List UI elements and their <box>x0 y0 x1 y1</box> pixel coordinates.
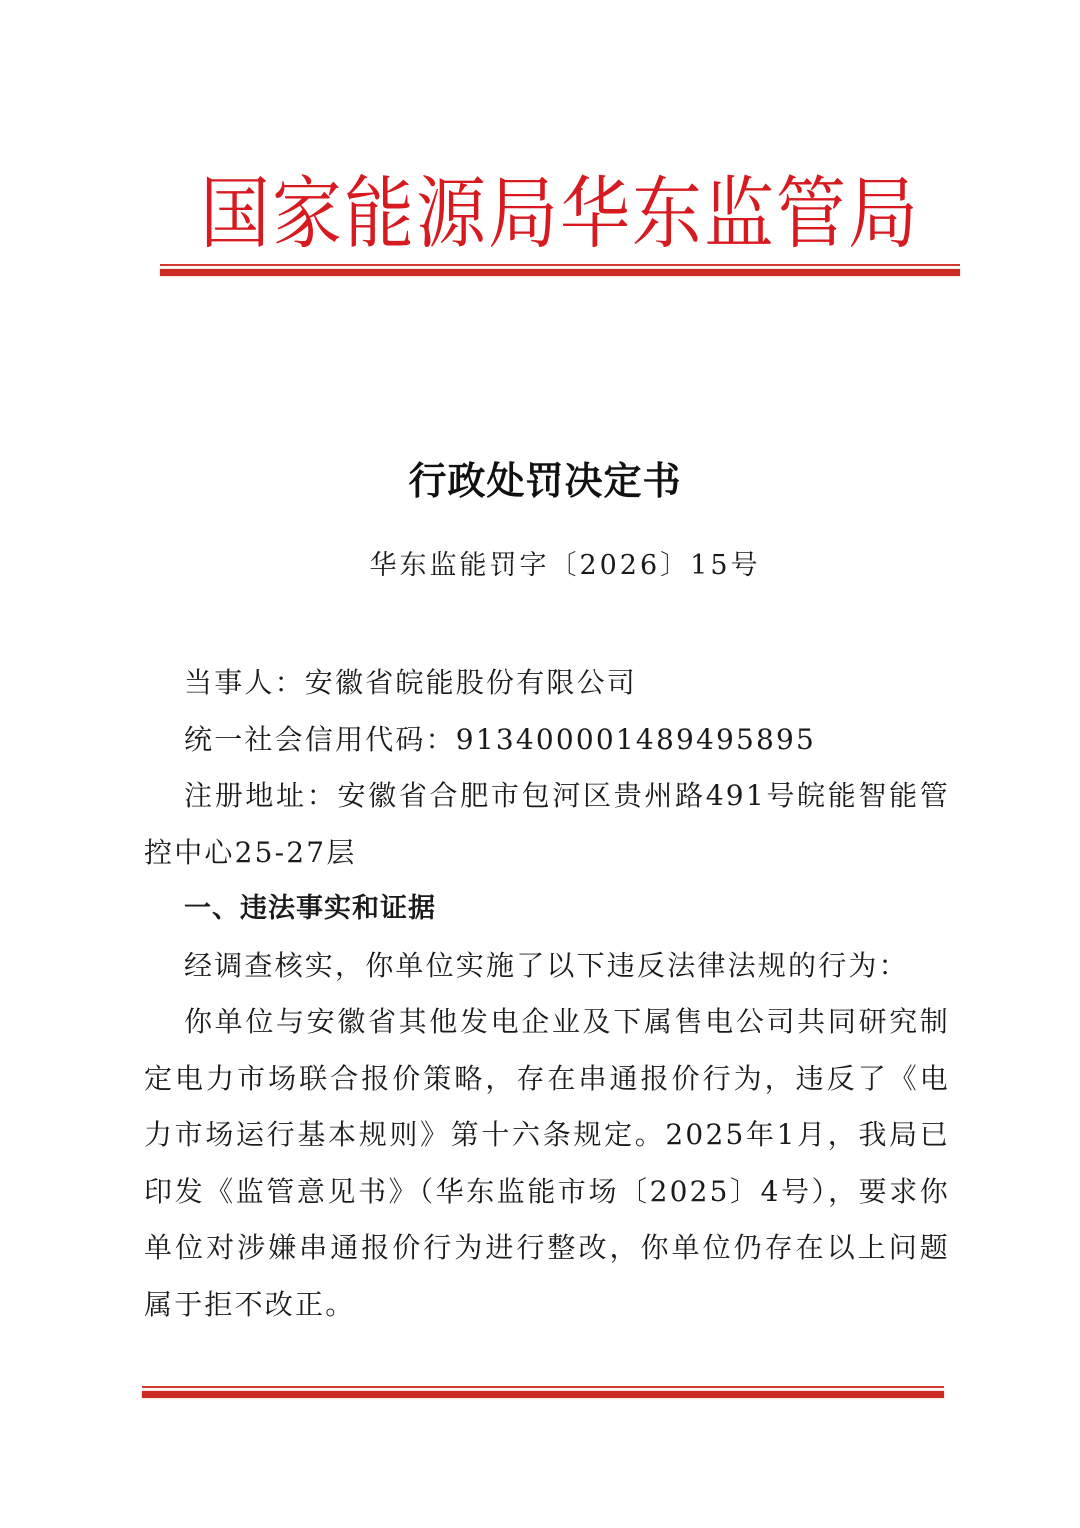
document-number: 华东监能罚字〔2026〕15号 <box>0 546 1080 586</box>
footer-red-rule <box>142 1391 944 1398</box>
section-paragraph: 你单位与安徽省其他发电企业及下属售电公司共同研究制定电力市场联合报价策略，存在串… <box>144 994 950 1333</box>
party-credit-code: 统一社会信用代码：913400001489495895 <box>144 712 950 769</box>
document-title: 行政处罚决定书 <box>0 455 1080 507</box>
party-name: 当事人：安徽省皖能股份有限公司 <box>144 655 950 712</box>
section-heading: 一、违法事实和证据 <box>144 881 950 938</box>
letterhead-red-rule <box>160 269 960 276</box>
section-paragraph: 经调查核实，你单位实施了以下违反法律法规的行为： <box>144 938 950 995</box>
document-body: 当事人：安徽省皖能股份有限公司 统一社会信用代码：913400001489495… <box>144 655 950 1333</box>
letterhead-issuer: 国家能源局华东监管局 <box>160 163 960 264</box>
document-page: 国家能源局华东监管局 行政处罚决定书 华东监能罚字〔2026〕15号 当事人：安… <box>0 0 1080 1528</box>
party-address: 注册地址：安徽省合肥市包河区贵州路491号皖能智能管控中心25-27层 <box>144 768 950 881</box>
